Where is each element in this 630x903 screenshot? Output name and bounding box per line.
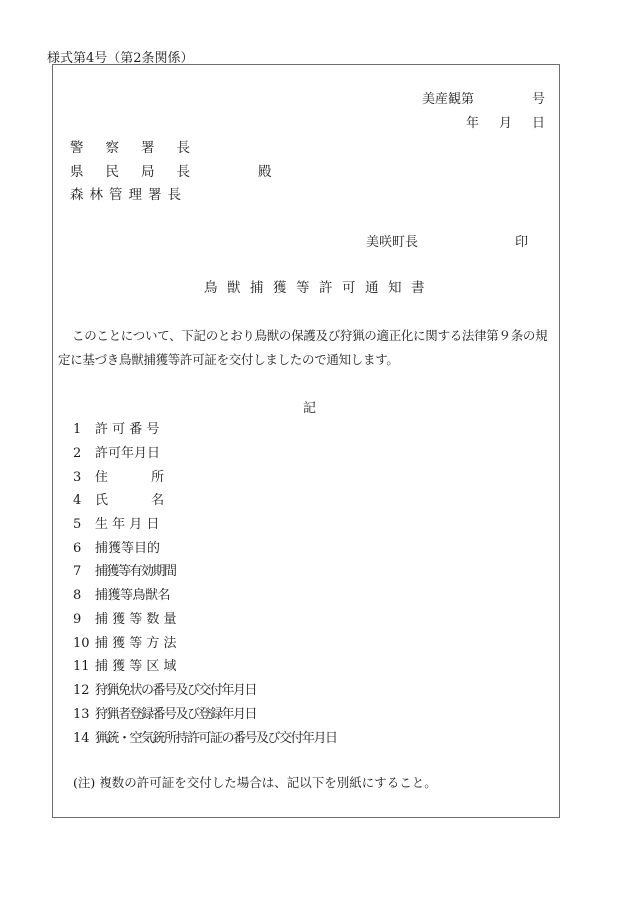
item-number: 11 [73,659,95,674]
item-row: 5生 年 月 日 [73,513,159,532]
item-number: 2 [73,446,95,461]
item-number: 1 [73,422,95,437]
reference-prefix: 美産観第 [422,92,474,107]
honorific-dono: 殿 [258,160,272,180]
item-row: 9捕 獲 等 数 量 [73,608,177,627]
item-number: 13 [73,707,95,722]
sender-title: 美咲町長 [366,231,418,250]
addressee-forest-office: 森林管理署長 [70,183,187,203]
item-row: 11捕 獲 等 区 域 [73,655,177,674]
item-row: 2許可年月日 [73,442,160,461]
item-row: 12狩猟免状の番号及び交付年月日 [73,679,256,698]
item-label: 狩猟者登録番号及び登録年月日 [95,703,256,722]
item-label: 狩猟免状の番号及び交付年月日 [95,679,256,698]
item-label: 許 可 番 号 [95,418,159,437]
item-label: 捕獲等目的 [95,537,160,556]
item-label: 捕獲等鳥獣名 [95,584,170,603]
item-number: 7 [73,564,95,579]
item-number: 9 [73,612,95,627]
date-day: 日 [532,112,545,131]
item-number: 5 [73,517,95,532]
document-title: 鳥獣捕獲等許可通知書 [204,276,434,296]
item-row: 7捕獲等有効期間 [73,560,176,579]
item-number: 14 [73,731,95,746]
item-label: 捕獲等有効期間 [95,560,176,579]
date-month: 月 [499,112,512,131]
reference-suffix: 号 [532,92,545,107]
addressee-police: 警察署長 [70,136,212,156]
footnote: (注) 複数の許可証を交付した場合は、記以下を別紙にすること。 [73,773,437,791]
item-row: 1許 可 番 号 [73,418,159,437]
item-row: 10捕 獲 等 方 法 [73,632,177,651]
addressee-prefectural-bureau: 県民局長 [70,160,212,180]
item-label: 捕 獲 等 数 量 [95,608,177,627]
item-number: 3 [73,470,95,485]
item-label: 氏 名 [95,489,164,508]
ki-heading: 記 [303,397,316,416]
item-row: 14猟銃・空気銃所持許可証の番号及び交付年月日 [73,727,337,746]
item-row: 3住 所 [73,466,164,485]
item-label: 生 年 月 日 [95,513,159,532]
item-row: 13狩猟者登録番号及び登録年月日 [73,703,256,722]
item-label: 住 所 [95,466,164,485]
item-label: 捕 獲 等 区 域 [95,655,177,674]
item-number: 12 [73,683,95,698]
item-number: 4 [73,493,95,508]
item-number: 6 [73,541,95,556]
item-row: 8捕獲等鳥獣名 [73,584,170,603]
item-label: 猟銃・空気銃所持許可証の番号及び交付年月日 [95,727,337,746]
issue-date: 年月日 [466,112,545,131]
date-year: 年 [466,112,479,131]
item-number: 10 [73,636,95,651]
body-paragraph: このことについて、下記のとおり鳥獣の保護及び狩猟の適正化に関する法律第９条の規定… [58,324,558,372]
item-row: 4氏 名 [73,489,164,508]
item-label: 捕 獲 等 方 法 [95,632,177,651]
item-row: 6捕獲等目的 [73,537,160,556]
item-label: 許可年月日 [95,442,160,461]
seal-mark: 印 [515,231,528,250]
reference-number: 美産観第号 [422,88,545,107]
item-number: 8 [73,588,95,603]
